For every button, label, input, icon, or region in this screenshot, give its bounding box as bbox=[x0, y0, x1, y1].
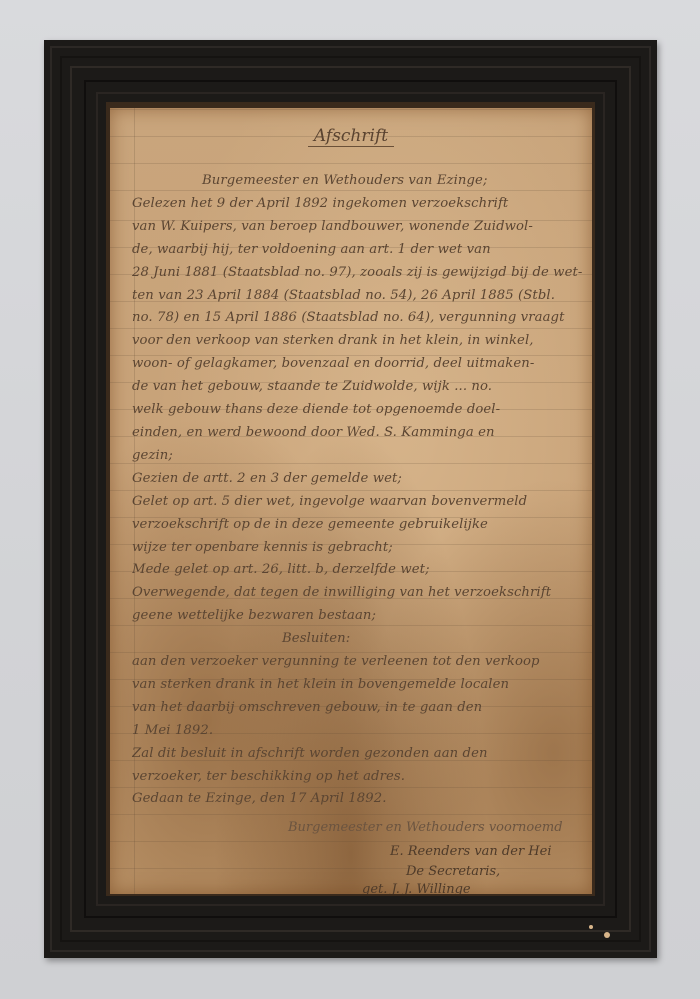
document-body: Burgemeester en Wethouders van Ezinge; G… bbox=[132, 170, 586, 811]
frame-paint-chip bbox=[604, 932, 610, 938]
body-line: aan den verzoeker vergunning te verleene… bbox=[132, 651, 586, 674]
body-line: Gelet op art. 5 dier wet, ingevolge waar… bbox=[132, 491, 586, 514]
body-line: Mede gelet op art. 26, litt. b, derzelfd… bbox=[132, 559, 586, 582]
body-line: verzoeker, ter beschikking op het adres. bbox=[132, 766, 586, 789]
body-line: Burgemeester en Wethouders van Ezinge; bbox=[132, 170, 586, 193]
body-line: de van het gebouw, staande te Zuidwolde,… bbox=[132, 376, 586, 399]
frame-paint-chip bbox=[589, 925, 593, 929]
body-line: van sterken drank in het klein in boveng… bbox=[132, 674, 586, 697]
body-line: Gelezen het 9 der April 1892 ingekomen v… bbox=[132, 193, 586, 216]
signature-secretary-title: De Secretaris, bbox=[406, 864, 500, 879]
body-line: van W. Kuipers, van beroep landbouwer, w… bbox=[132, 216, 586, 239]
signature-heading: Burgemeester en Wethouders voornoemd bbox=[288, 820, 563, 835]
body-line: Gedaan te Ezinge, den 17 April 1892. bbox=[132, 788, 586, 811]
body-line: Gezien de artt. 2 en 3 der gemelde wet; bbox=[132, 468, 586, 491]
body-line: Besluiten: bbox=[132, 628, 586, 651]
body-line: einden, en werd bewoond door Wed. S. Kam… bbox=[132, 422, 586, 445]
body-line: verzoekschrift op de in deze gemeente ge… bbox=[132, 514, 586, 537]
body-line: ten van 23 April 1884 (Staatsblad no. 54… bbox=[132, 285, 586, 308]
signature-mayor: E. Reenders van der Hei bbox=[390, 844, 551, 859]
signature-secretary: get. J. J. Willinge bbox=[362, 882, 471, 894]
body-line: wijze ter openbare kennis is gebracht; bbox=[132, 537, 586, 560]
body-line: no. 78) en 15 April 1886 (Staatsblad no.… bbox=[132, 307, 586, 330]
document-paper: Afschrift Burgemeester en Wethouders van… bbox=[110, 108, 592, 894]
document-title: Afschrift bbox=[110, 126, 592, 146]
body-line: woon- of gelagkamer, bovenzaal en doorri… bbox=[132, 353, 586, 376]
body-line: 1 Mei 1892. bbox=[132, 720, 586, 743]
body-line: geene wettelijke bezwaren bestaan; bbox=[132, 605, 586, 628]
body-line: 28 Juni 1881 (Staatsblad no. 97), zooals… bbox=[132, 262, 586, 285]
body-line: van het daarbij omschreven gebouw, in te… bbox=[132, 697, 586, 720]
body-line: Zal dit besluit in afschrift worden gezo… bbox=[132, 743, 586, 766]
body-line: Overwegende, dat tegen de inwilliging va… bbox=[132, 582, 586, 605]
body-line: de, waarbij hij, ter voldoening aan art.… bbox=[132, 239, 586, 262]
body-line: voor den verkoop van sterken drank in he… bbox=[132, 330, 586, 353]
body-line: gezin; bbox=[132, 445, 586, 468]
body-line: welk gebouw thans deze diende tot opgeno… bbox=[132, 399, 586, 422]
